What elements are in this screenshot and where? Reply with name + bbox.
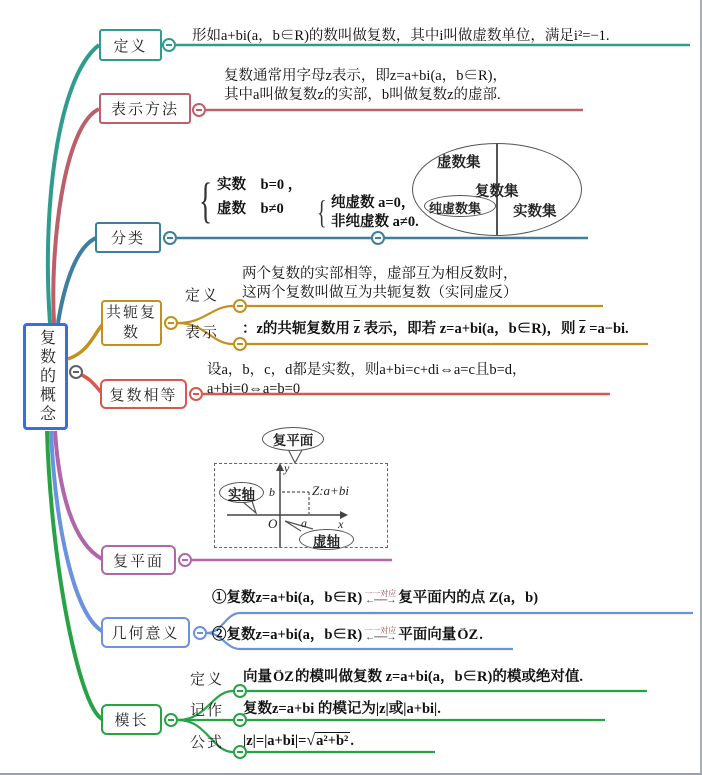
trunk-gonge (68, 325, 102, 359)
mochang-dingyi-pre: 向量 (243, 669, 272, 685)
node-dingyi-label: 定义 (113, 35, 147, 56)
formula-suffix: . (350, 733, 354, 749)
desc-jihe-row2[interactable]: ②复数z=a+bi(a，b∈R)一一对应←──→平面向量OZ. (212, 626, 483, 645)
desc-mochang-dingyi[interactable]: 向量OZ的模叫做复数 z=a+bi(a，b∈R)的模或绝对值. (243, 668, 583, 687)
root-label: 复数的概念 (38, 329, 54, 424)
gonge-biaoshi-text-a: ：z的共轭复数用 (242, 321, 354, 337)
desc-xiangdeng-line2: a+bi=0⇔a=b=0 (207, 380, 527, 399)
jihe-row2-end: . (479, 627, 483, 643)
collapse-mochang-jizuo[interactable] (233, 713, 247, 727)
desc-biaoshifangfa[interactable]: 复数通常用字母z表示，即z=a+bi(a，b∈R)， 其中a叫做复数z的实部，b… (224, 67, 507, 105)
node-fenlei[interactable]: 分类 (95, 222, 161, 253)
fenlei-row-pure-imaginary[interactable]: 纯虚数 a=0， (331, 194, 415, 213)
desc-gonge-biaoshi[interactable]: ：z的共轭复数用 z 表示，即若 z=a+bi(a，b∈R)，则 z =a−bi… (242, 320, 629, 339)
desc-biaoshifangfa-line2: 其中a叫做复数z的实部，b叫做复数z的虚部. (224, 86, 507, 105)
plane-label-y: y (284, 461, 289, 476)
sub-mochang-gongshi[interactable]: 公式 (190, 731, 224, 752)
node-mochang[interactable]: 模长 (101, 704, 162, 735)
fenlei-outer-brace: { (199, 172, 212, 228)
plane-bubble-complex-plane-label: 复平面 (273, 429, 314, 449)
jihe-row2-pre: ②复数z=a+bi(a，b∈R) (212, 627, 362, 643)
formula-prefix: |z|=|a+bi|= (243, 733, 306, 749)
plane-bubble-real-axis-label: 实轴 (228, 483, 255, 503)
vector-oz: OZ (456, 626, 479, 645)
collapse-gonge-dingyi[interactable] (233, 299, 247, 313)
collapse-gonge-fushu[interactable] (164, 316, 178, 330)
desc-gonge-dingyi[interactable]: 两个复数的实部相等，虚部互为相反数时， 这两个复数叫做互为共轭复数（实同虚反） (242, 265, 518, 303)
collapse-fenlei[interactable] (163, 231, 177, 245)
radicand: a²+b² (315, 732, 350, 749)
double-arrow-icon: ←──→ (364, 596, 396, 606)
venn-label-real: 实数集 (513, 200, 557, 221)
venn-label-pure-imaginary: 纯虚数集 (429, 198, 481, 217)
node-dingyi[interactable]: 定义 (99, 29, 162, 61)
node-jihe-yiyi-label: 几何意义 (111, 622, 179, 643)
collapse-fenlei-venn[interactable] (371, 231, 385, 245)
node-biaoshifangfa-label: 表示方法 (111, 98, 179, 119)
jihe-row1-pre: ①复数z=a+bi(a，b∈R) (212, 590, 362, 606)
desc-mochang-gongshi[interactable]: |z|=|a+bi|=√a²+b². (243, 731, 354, 751)
collapse-mochang-dingyi[interactable] (233, 684, 247, 698)
desc-fushu-xiangdeng[interactable]: 设a，b，c，d都是实数，则a+bi=c+di⇔a=c且b=d， a+bi=0⇔… (207, 361, 527, 399)
trunk-dingyi (48, 45, 99, 323)
node-fupingmian-label: 复平面 (113, 550, 164, 571)
mindmap-canvas: 复数的概念 定义 形如a+bi(a，b∈R)的数叫做复数，其中i叫做虚数单位，满… (0, 0, 702, 775)
jihe-row2-mid: 平面向量 (398, 627, 456, 643)
mochang-dingyi-rest: 的模叫做复数 z=a+bi(a，b∈R)的模或绝对值. (295, 669, 583, 685)
node-fupingmian[interactable]: 复平面 (101, 545, 176, 575)
desc-biaoshifangfa-line1: 复数通常用字母z表示，即z=a+bi(a，b∈R)， (224, 67, 507, 86)
jihe-row1-post: 复平面内的点 Z(a，b) (398, 590, 538, 606)
root-collapse-button[interactable] (69, 365, 83, 379)
plane-label-origin: O (268, 516, 277, 532)
gonge-biaoshi-text-c: =a−bi. (586, 321, 629, 337)
node-fenlei-label: 分类 (111, 227, 145, 248)
collapse-biaoshifangfa[interactable] (192, 103, 206, 117)
correspondence-arrow: 一一对应←──→ (364, 590, 396, 606)
plane-bubble-complex-plane: 复平面 (262, 427, 324, 451)
double-arrow-icon-2: ←──→ (364, 633, 396, 643)
sub-gonge-dingyi[interactable]: 定义 (185, 284, 219, 305)
plane-label-b: b (269, 485, 275, 500)
correspondence-arrow-2: 一一对应←──→ (364, 627, 396, 643)
desc-jihe-row1[interactable]: ①复数z=a+bi(a，b∈R)一一对应←──→复平面内的点 Z(a，b) (212, 589, 538, 608)
collapse-mochang[interactable] (164, 713, 178, 727)
venn-label-imaginary: 虚数集 (437, 151, 481, 172)
plane-bubble-imaginary-axis: 虚轴 (299, 529, 354, 550)
vector-oz-2: OZ (272, 668, 295, 687)
collapse-fushu-xiangdeng[interactable] (189, 387, 203, 401)
node-gonge-fushu[interactable]: 共轭复数 (101, 300, 162, 346)
sub-mochang-jizuo[interactable]: 记作 (190, 699, 224, 720)
node-fushu-xiangdeng-label: 复数相等 (109, 384, 177, 405)
sub-gonge-biaoshi[interactable]: 表示 (185, 321, 219, 342)
collapse-dingyi[interactable] (162, 38, 176, 52)
trunk-fenlei (58, 238, 96, 323)
root-node[interactable]: 复数的概念 (23, 323, 68, 430)
node-fushu-xiangdeng[interactable]: 复数相等 (100, 379, 187, 409)
venn-label-complex: 复数集 (475, 180, 519, 201)
desc-xiangdeng-line1: 设a，b，c，d都是实数，则a+bi=c+di⇔a=c且b=d， (207, 361, 527, 380)
collapse-gonge-biaoshi[interactable] (233, 337, 247, 351)
desc-mochang-jizuo[interactable]: 复数z=a+bi 的模记为|z|或|a+bi|. (243, 700, 441, 719)
radical-sign: √ (306, 732, 315, 749)
trunk-xiangdeng (82, 375, 101, 392)
collapse-fupingmian[interactable] (178, 553, 192, 567)
collapse-jihe-yiyi[interactable] (193, 626, 207, 640)
bubble-tail-top (288, 449, 302, 463)
fenlei-inner-brace: { (317, 194, 327, 232)
node-gonge-fushu-label: 共轭复数 (103, 303, 160, 343)
fenlei-row-imaginary[interactable]: 虚数 b≠0 (217, 200, 284, 219)
desc-gonge-dingyi-line1: 两个复数的实部相等，虚部互为相反数时， (242, 265, 518, 284)
fenlei-row-real[interactable]: 实数 b=0 ， (217, 176, 302, 195)
node-biaoshifangfa[interactable]: 表示方法 (99, 93, 191, 124)
plane-bubble-imaginary-axis-label: 虚轴 (313, 530, 340, 550)
trunk-biaoshi (53, 109, 99, 323)
plane-label-a: a (301, 516, 307, 531)
sub-mochang-dingyi[interactable]: 定义 (190, 668, 224, 689)
collapse-mochang-gongshi[interactable] (233, 745, 247, 759)
fenlei-row-non-pure-imaginary[interactable]: 非纯虚数 a≠0. (331, 213, 419, 232)
node-mochang-label: 模长 (114, 709, 148, 730)
desc-gonge-dingyi-line2: 这两个复数叫做互为共轭复数（实同虚反） (242, 284, 518, 303)
plane-bubble-real-axis: 实轴 (219, 482, 264, 503)
desc-dingyi[interactable]: 形如a+bi(a，b∈R)的数叫做复数，其中i叫做虚数单位，满足i²=−1. (192, 27, 610, 46)
node-jihe-yiyi[interactable]: 几何意义 (101, 617, 190, 648)
gonge-biaoshi-text-b: 表示，即若 z=a+bi(a，b∈R)，则 (360, 321, 579, 337)
plane-label-point-z: Z:a+bi (312, 483, 349, 499)
